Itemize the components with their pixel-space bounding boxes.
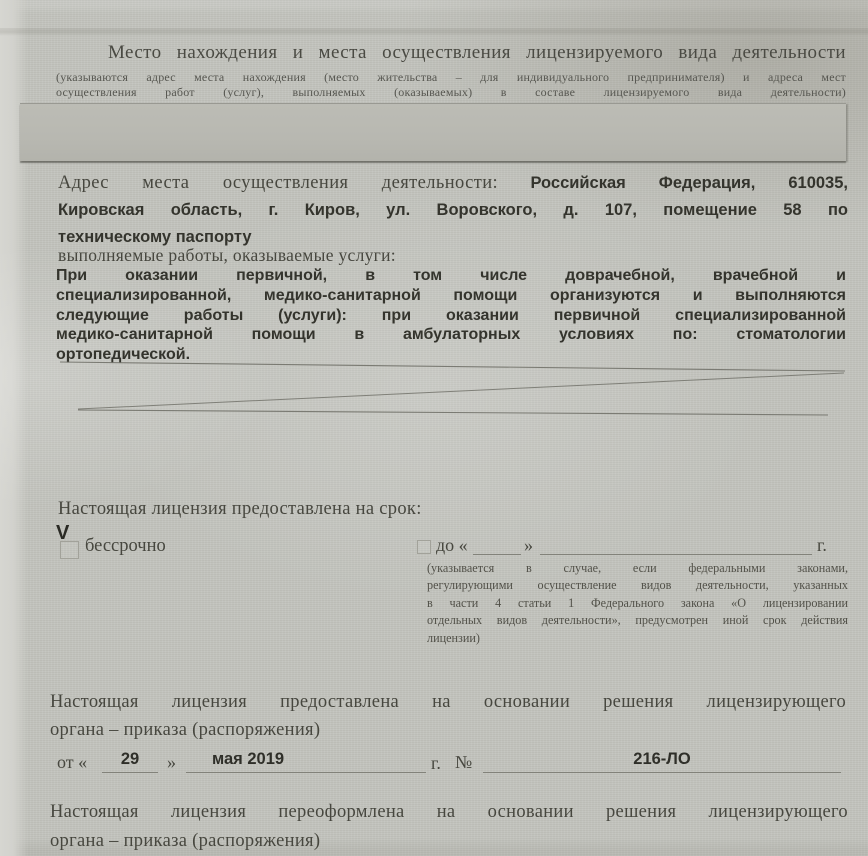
address-label: Адрес места осуществления деятельности: [58,173,498,193]
works-line5: ортопедической. [56,345,846,365]
number-sign: № [455,752,472,773]
works-line2: специализированной, медико-санитарной по… [56,286,846,306]
term-note-line5: лицензии) [427,630,848,647]
perpetual-label: бессрочно [85,536,166,557]
section-title-note: (указываются адрес места нахождения (мес… [56,70,846,99]
works-line1: При оказании первичной, в том числе довр… [56,266,846,286]
paper-crease [0,28,868,36]
address-block: Адрес места осуществления деятельности: … [58,170,848,251]
perpetual-check-mark: V [56,522,69,545]
section-title: Место нахождения и места осуществления л… [56,42,846,64]
license-number-value: 216-ЛО [633,750,690,769]
until-prefix: до « [436,535,468,556]
basis-line1: Настоящая лицензия предоставлена на осно… [50,692,846,713]
date-day-field: 29 [102,750,158,773]
title-note-line1: (указываются адрес места нахождения (мес… [56,70,846,85]
date-month-value: мая 2019 [212,750,284,769]
date-day-value: 29 [121,750,139,769]
works-paragraph: При оказании первичной, в том числе довр… [56,266,846,365]
address-line1: Адрес места осуществления деятельности: … [58,170,848,197]
reissue-line2: органа – приказа (распоряжения) [50,831,320,852]
reissue-line1: Настоящая лицензия переоформлена на осно… [50,802,848,823]
until-checkbox[interactable] [417,540,431,554]
works-label: выполняемые работы, оказываемые услуги: [58,245,396,266]
license-number-field: 216-ЛО [483,750,841,773]
until-year-blank [540,534,812,555]
term-note-line4: отдельных видов деятельности», предусмот… [427,612,848,629]
year-suffix: г. [431,753,441,774]
until-year-suffix: г. [817,535,827,556]
address-value-part1: Российская Федерация, 610035, [530,174,848,192]
date-prefix: от « [57,752,87,773]
works-line3: следующие работы (услуги): при оказании … [56,306,846,326]
works-line4: медико-санитарной помощи в амбулаторных … [56,325,846,345]
license-document-page: Место нахождения и места осуществления л… [0,0,868,856]
until-day-blank [473,534,521,555]
basis-line2: органа – приказа (распоряжения) [50,720,320,741]
term-note-line2: регулирующими осуществление видов деятел… [427,577,848,594]
redaction-box [20,103,846,161]
term-note-line1: (указывается в случае, если федеральными… [427,560,848,577]
date-month-field: мая 2019 [186,750,426,773]
term-note-line3: в части 4 статьи 1 Федерального закона «… [427,595,848,612]
until-close-quote: » [524,535,533,556]
address-value-part2: Кировская область, г. Киров, ул. Воровск… [58,197,848,224]
term-label: Настоящая лицензия предоставлена на срок… [58,499,422,520]
title-note-line2: осуществления работ (услуг), выполняемых… [56,85,846,100]
term-note: (указывается в случае, если федеральными… [427,560,848,647]
date-close-quote: » [167,752,176,773]
